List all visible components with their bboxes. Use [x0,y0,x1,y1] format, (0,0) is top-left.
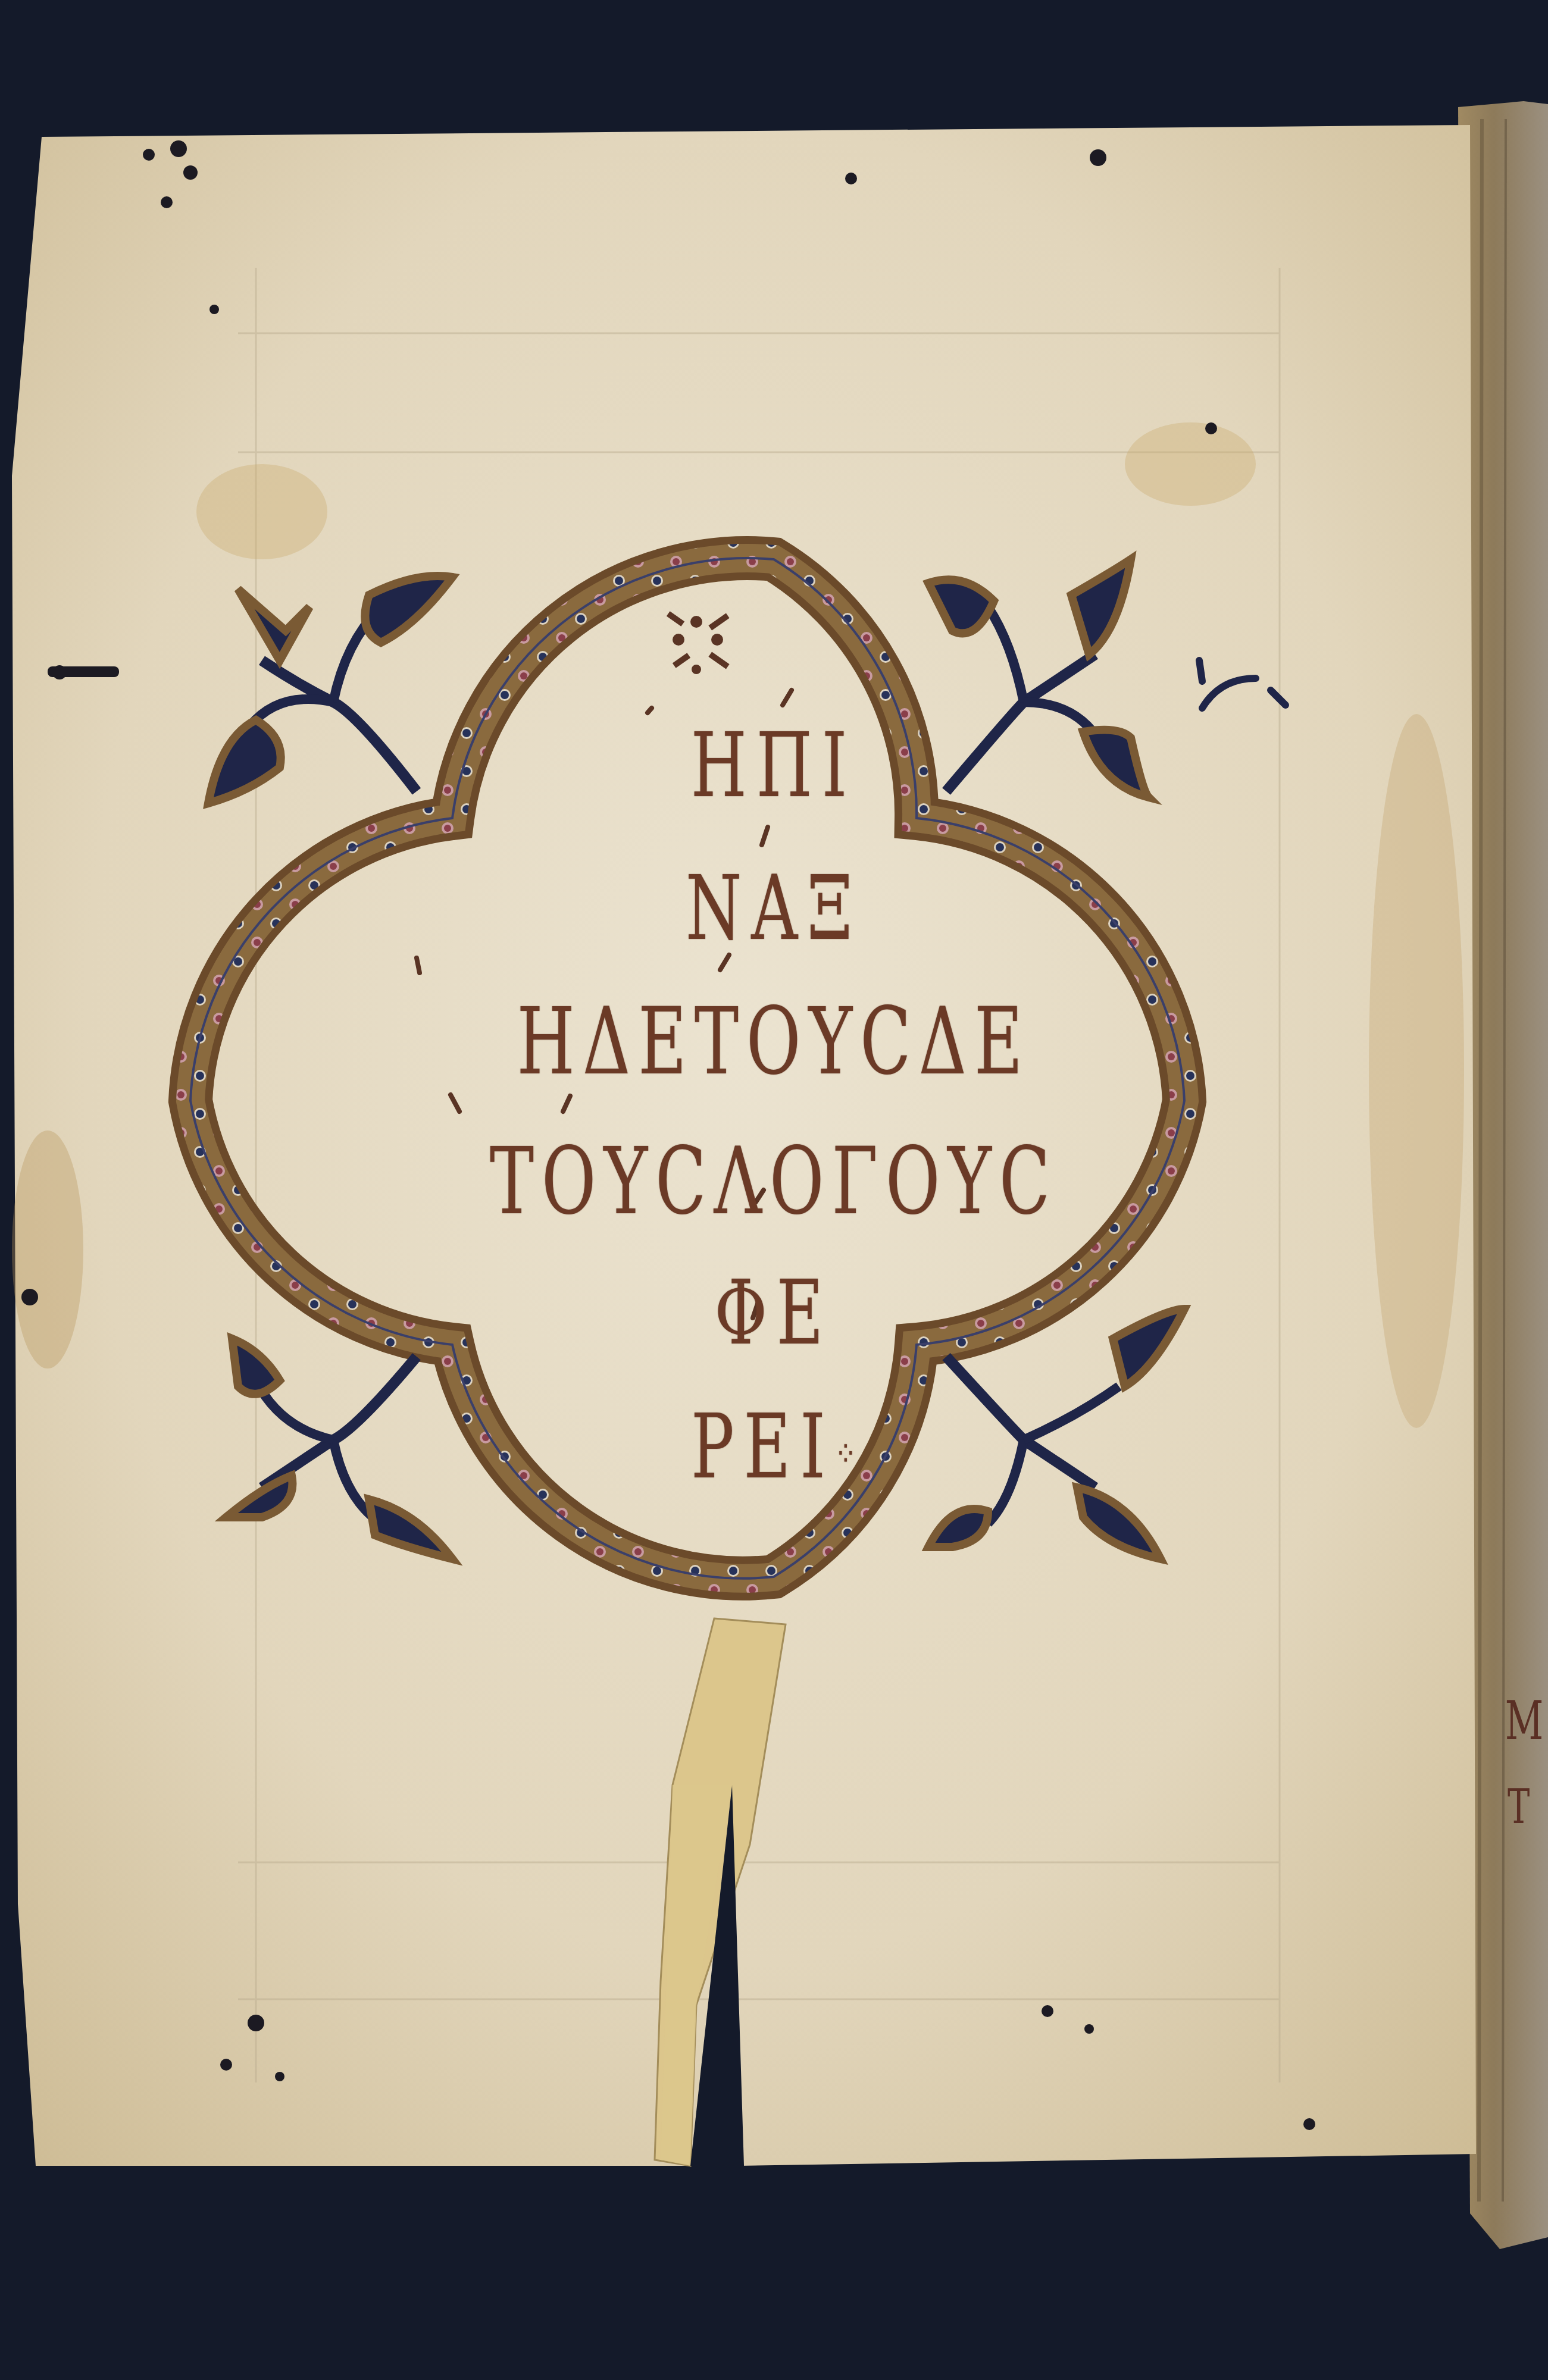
manuscript-scene: ΗΠΙ ΝΑΞ ΗΔΕΤΟΥϹΔΕ ΤΟΥϹΛΟΓΟΥϹ ΦΕ ΡΕΙ⁘ Μ Τ [0,0,1548,2380]
manuscript-folio [0,0,1548,2380]
